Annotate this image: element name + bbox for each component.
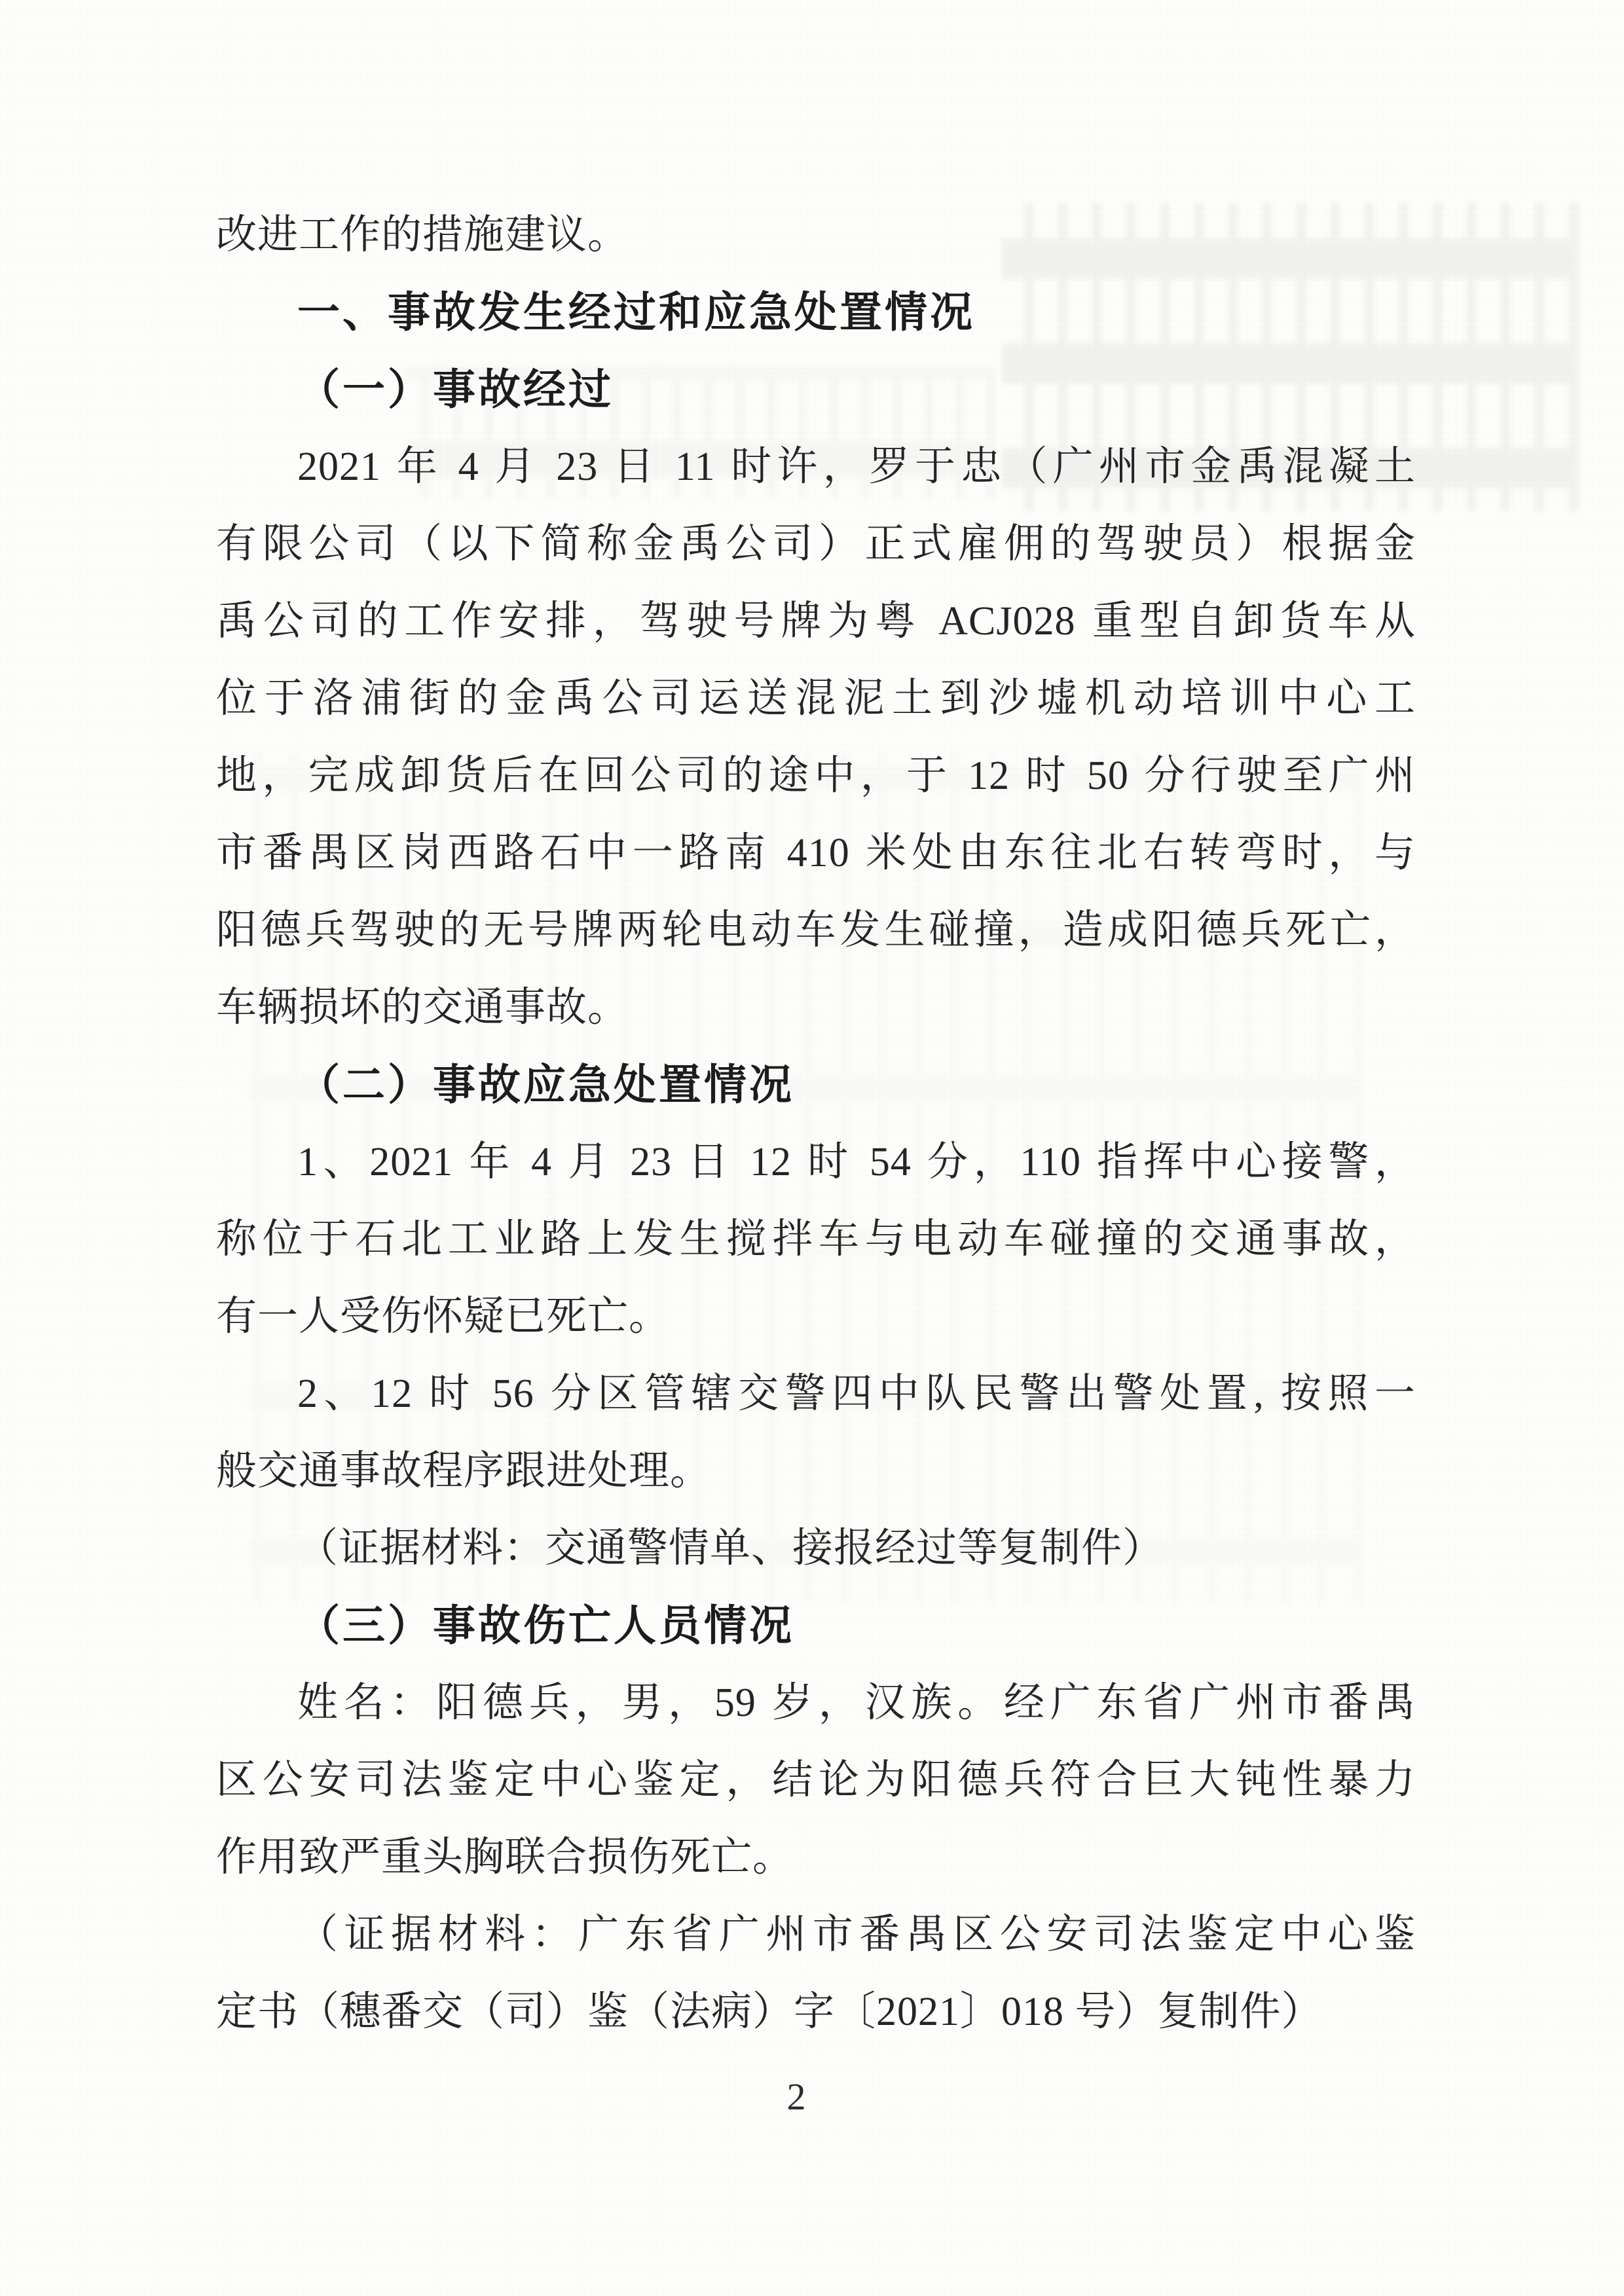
text-line: 称位于石北工业路上发生搅拌车与电动车碰撞的交通事故， <box>216 1201 1416 1278</box>
text-line: 有限公司（以下简称金禹公司）正式雇佣的驾驶员）根据金 <box>216 505 1416 583</box>
text-line: 改进工作的措施建议。 <box>216 196 1416 274</box>
text-line: 般交通事故程序跟进处理。 <box>216 1432 1416 1510</box>
text-line: （证据材料：广东省广州市番禺区公安司法鉴定中心鉴 <box>216 1896 1416 1973</box>
text-line: 姓名：阳德兵，男，59 岁，汉族。经广东省广州市番禺 <box>216 1664 1416 1741</box>
text-line: 2021 年 4 月 23 日 11 时许，罗于忠（广州市金禹混凝土 <box>216 428 1416 505</box>
heading-line: （二）事故应急处置情况 <box>216 1046 1416 1123</box>
text-line: 区公安司法鉴定中心鉴定，结论为阳德兵符合巨大钝性暴力 <box>216 1741 1416 1819</box>
document-page: 改进工作的措施建议。一、事故发生经过和应急处置情况（一）事故经过2021 年 4… <box>0 0 1624 2296</box>
text-line: 定书（穗番交（司）鉴（法病）字〔2021〕018 号）复制件） <box>216 1973 1416 2050</box>
text-line: 有一人受伤怀疑已死亡。 <box>216 1278 1416 1355</box>
heading-line: （三）事故伤亡人员情况 <box>216 1587 1416 1664</box>
text-line: （证据材料：交通警情单、接报经过等复制件） <box>216 1510 1416 1587</box>
text-line: 1、2021 年 4 月 23 日 12 时 54 分，110 指挥中心接警， <box>216 1123 1416 1201</box>
page-number: 2 <box>0 2074 1593 2120</box>
document-body: 改进工作的措施建议。一、事故发生经过和应急处置情况（一）事故经过2021 年 4… <box>216 196 1416 2050</box>
text-line: 作用致严重头胸联合损伤死亡。 <box>216 1819 1416 1896</box>
text-line: 位于洛浦街的金禹公司运送混泥土到沙墟机动培训中心工 <box>216 660 1416 737</box>
heading-line: 一、事故发生经过和应急处置情况 <box>216 274 1416 351</box>
text-line: 禹公司的工作安排，驾驶号牌为粤 ACJ028 重型自卸货车从 <box>216 583 1416 660</box>
text-line: 地，完成卸货后在回公司的途中，于 12 时 50 分行驶至广州 <box>216 737 1416 814</box>
text-line: 2、12 时 56 分区管辖交警四中队民警出警处置, 按照一 <box>216 1355 1416 1432</box>
text-line: 阳德兵驾驶的无号牌两轮电动车发生碰撞，造成阳德兵死亡， <box>216 892 1416 969</box>
text-line: 市番禺区岗西路石中一路南 410 米处由东往北右转弯时，与 <box>216 814 1416 892</box>
heading-line: （一）事故经过 <box>216 351 1416 428</box>
text-line: 车辆损坏的交通事故。 <box>216 969 1416 1046</box>
